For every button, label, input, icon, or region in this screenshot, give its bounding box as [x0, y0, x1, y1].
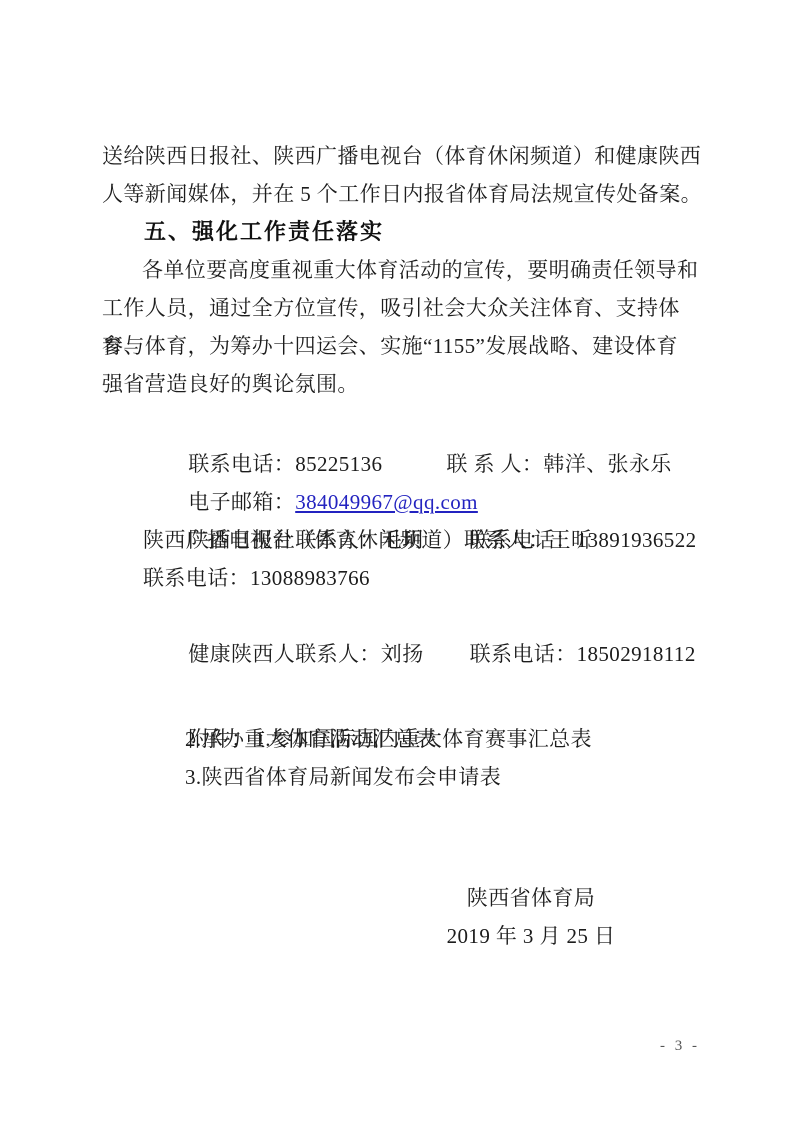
signature-date: 2019 年 3 月 25 日 — [400, 917, 662, 955]
document-content: 送给陕西日报社、陕西广播电视台（体育休闲频道）和健康陕西 人等新闻媒体，并在 5… — [102, 137, 702, 955]
contact-info: 联系电话：85225136联 系 人：韩洋、张永乐 电子邮箱：384049967… — [102, 407, 702, 635]
health-contact-person: 健康陕西人联系人：刘扬 — [188, 642, 423, 666]
signature-block: 陕西省体育局 2019 年 3 月 25 日 — [400, 879, 662, 955]
contact-health-line: 健康陕西人联系人：刘扬联系电话：18502918112 — [143, 597, 702, 635]
section-heading: 五、强化工作责任落实 — [144, 213, 702, 251]
body-line: 工作人员，通过全方位宣传，吸引社会大众关注体育、支持体育、 — [102, 289, 702, 327]
page-number: - 3 - — [660, 1038, 700, 1055]
email-link[interactable]: 384049967@qq.com — [295, 490, 478, 514]
body-line: 送给陕西日报社、陕西广播电视台（体育休闲频道）和健康陕西 — [102, 137, 702, 175]
health-contact-phone: 联系电话：18502918112 — [470, 642, 696, 666]
intro-paragraph: 送给陕西日报社、陕西广播电视台（体育休闲频道）和健康陕西 人等新闻媒体，并在 5… — [102, 137, 702, 213]
contact-person: 联 系 人：韩洋、张永乐 — [446, 452, 671, 476]
body-paragraph: 各单位要高度重视重大体育活动的宣传，要明确责任领导和 工作人员，通过全方位宣传，… — [102, 251, 702, 403]
contact-phone-line: 联系电话：85225136联 系 人：韩洋、张永乐 — [143, 407, 702, 445]
signature-org: 陕西省体育局 — [400, 879, 662, 917]
contact-phone: 联系电话：85225136 — [188, 452, 382, 476]
body-line: 各单位要高度重视重大体育活动的宣传，要明确责任领导和 — [142, 251, 702, 289]
body-line: 强省营造良好的舆论氛围。 — [102, 365, 702, 403]
document-page: 送给陕西日报社、陕西广播电视台（体育休闲频道）和健康陕西 人等新闻媒体，并在 5… — [0, 0, 800, 1131]
attachment-item-3: 3.陕西省体育局新闻发布会申请表 — [185, 758, 702, 796]
body-line: 参与体育，为筹办十四运会、实施“1155”发展战略、建设体育 — [102, 327, 702, 365]
email-label: 电子邮箱： — [188, 490, 295, 514]
body-line: 人等新闻媒体，并在 5 个工作日内报省体育局法规宣传处备案。 — [102, 175, 702, 213]
contact-tv-phone-line: 联系电话：13088983766 — [143, 559, 702, 597]
attachment-item: 附件：1.参加国际国内重大体育赛事汇总表 — [143, 682, 702, 720]
attachments-list: 附件：1.参加国际国内重大体育赛事汇总表 2.承办重大体育活动汇总表 3.陕西省… — [102, 682, 702, 796]
